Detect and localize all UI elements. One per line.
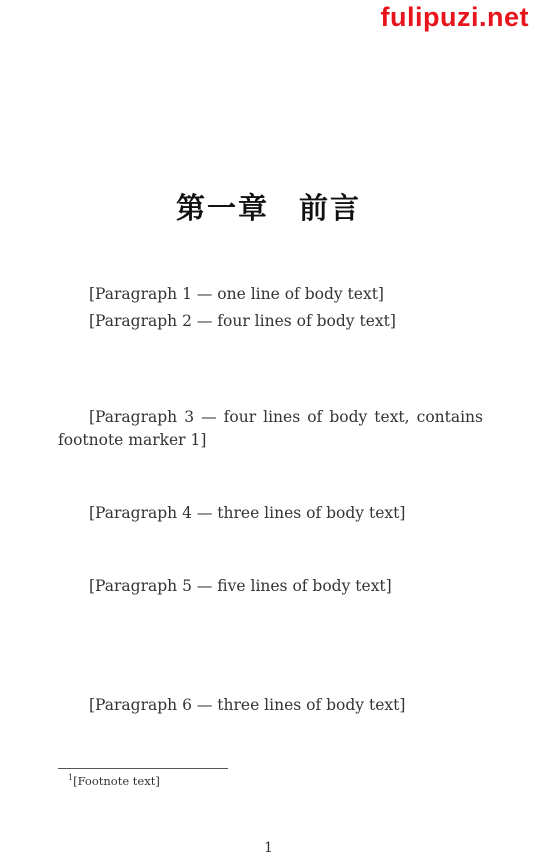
footnote-divider	[58, 768, 228, 769]
footnote: 1[Footnote text]	[68, 773, 160, 788]
paragraph: [Paragraph 2 — four lines of body text]	[58, 310, 483, 402]
chapter-name: 前言	[299, 191, 361, 225]
paragraph: [Paragraph 1 — one line of body text]	[58, 283, 483, 306]
paragraph: [Paragraph 5 — five lines of body text]	[58, 575, 483, 690]
chapter-title: 第一章前言	[0, 186, 537, 227]
body-text: [Paragraph 1 — one line of body text] [P…	[58, 283, 483, 767]
paragraph: [Paragraph 6 — three lines of body text]	[58, 694, 483, 763]
watermark: fulipuzi.net	[381, 2, 529, 33]
chapter-number: 第一章	[176, 191, 269, 225]
paragraph: [Paragraph 3 — four lines of body text, …	[58, 406, 483, 498]
page-number: 1	[0, 840, 537, 856]
paragraph: [Paragraph 4 — three lines of body text]	[58, 502, 483, 571]
footnote-text: [Footnote text]	[73, 774, 160, 788]
